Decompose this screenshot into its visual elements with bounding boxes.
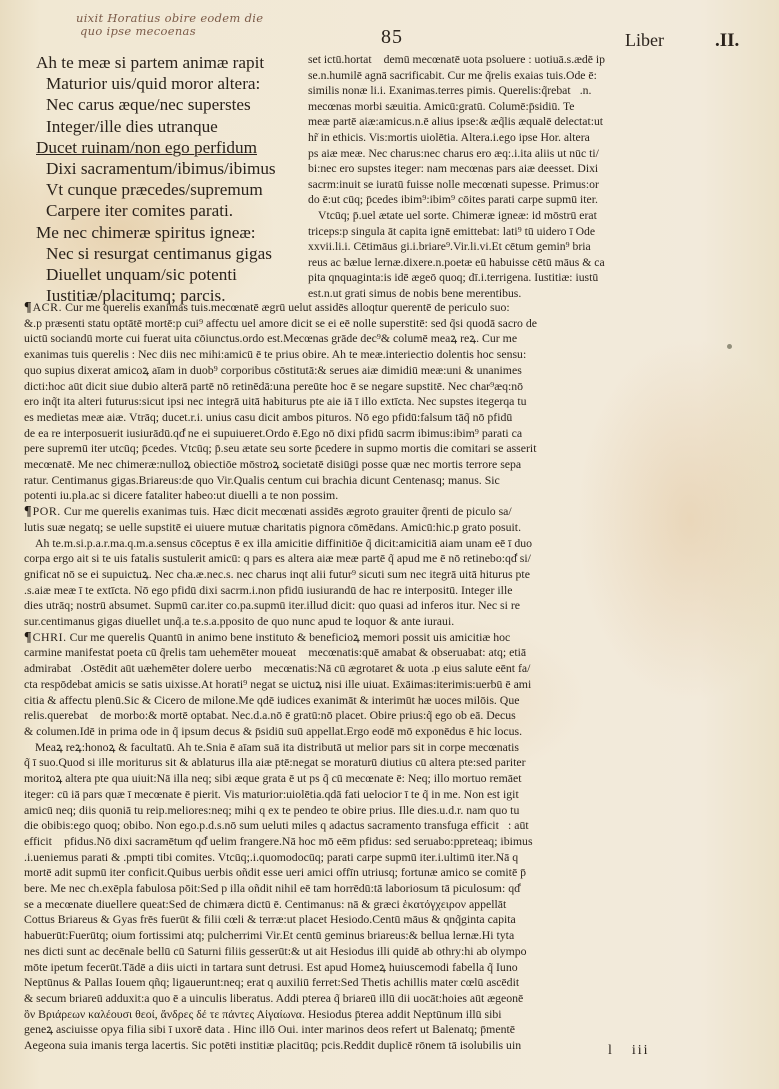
poem-line: Vt cunque præcedes/supremum	[36, 179, 311, 200]
poem-line: Integer/ille dies utranque	[36, 116, 311, 137]
commentary-line: efficit᷑ pfidus.Nō dixi sacramētum qd̾ u…	[24, 834, 684, 850]
commentary-line: habuerūt:Fuerūtq; oium fortissimi atq; p…	[24, 928, 684, 944]
commentary-line: Meaꝝ reꝝ:honoꝝ & facultatū. Ah te.Snia ē…	[24, 740, 684, 756]
commentary-line: admirabat᷑.Ostēdit aūt uæhemēter dolere …	[24, 661, 684, 677]
commentary-line: uictū sociandū morte cui fuerat uita cōi…	[24, 331, 684, 347]
commentary-line: ὃν Βριάρεων καλέουσι θεοί, ἄνδρες δέ τε …	[24, 1007, 684, 1023]
commentary-line: quo supius dixerat amicoꝝ aīam in duob⁹ …	[24, 363, 684, 379]
commentary-line: mecœnatē. Me nec chimeræ:nulloꝝ obiectiō…	[24, 457, 684, 473]
commentary-line: mōte ipetum fecerūt.Tādē a diis uicti in…	[24, 960, 684, 976]
commentary-line: lutis suæ negatq; se uelle supstitē ei u…	[24, 520, 684, 536]
paragraph-mark-icon: ¶	[24, 630, 32, 646]
book-number: .II.	[715, 30, 739, 52]
commentary-line: Vtcūq; p̄.uel ætate uel sorte. Chimeræ i…	[308, 208, 680, 224]
poem-line: Diuellet unquam/sic potenti	[36, 264, 311, 285]
commentary-line: ero inq̃t ita alteri futurus:sicut ipsi …	[24, 394, 684, 410]
commentary-line: ¶CHRI. Cur me querelis Quantū in animo b…	[24, 630, 684, 646]
commentary-line: &.p præsenti statu optātē mortē:p cui⁹ a…	[24, 316, 684, 332]
commentary-line: potenti iu.pla.ac si dicere fataliter ha…	[24, 488, 684, 504]
commentary-line: Ah te.m.si.p.a.r.ma.q.m.a.sensus cōceptu…	[24, 536, 684, 552]
commentary-line: Neptūnus & Pallas Iouem qñq; ligauerunt:…	[24, 975, 684, 991]
commentary-line: mecœnas morbi sæuitia. Amicū:gratū. Colu…	[308, 99, 680, 115]
commentary-line: & secum briareū adduxit:a quo ē a uincul…	[24, 991, 684, 1007]
commentary-line: bi:nec ero supstes iteger: nam mecœnas p…	[308, 161, 680, 177]
running-head: Liber	[625, 30, 664, 51]
commentary-line: meæ partē aiæ:amicus.n.ē alius ipse:& æq…	[308, 114, 680, 130]
commentary-line: ratur. Centimanus gigas.Briareus:de quo …	[24, 473, 684, 489]
commentator-label: CHRI.	[33, 630, 67, 644]
ink-spot	[727, 344, 732, 349]
commentary-line: corpa ergo ait si te uis fatalis sustule…	[24, 551, 684, 567]
commentary-line: iteger: cū iā pars quæ ī mecœnate ē pier…	[24, 787, 684, 803]
commentary-line: .s.aiæ meæ ī te extīcta. Nō ego pfidū di…	[24, 583, 684, 599]
commentary-line: mortē adit supmū iter conficit.Quibus ue…	[24, 865, 684, 881]
commentary-line: se.n.humilē agnā sacrificabit. Cur me q̃…	[308, 68, 680, 84]
commentary-line: citia & affectu plenū.Sic & Cicero de mi…	[24, 693, 684, 709]
commentary-line: reus ac bælue lernæ.dixere.n.poetæ eū ha…	[308, 255, 680, 271]
commentary-line: Cottus Briareus & Gyas frēs fuerūt & fil…	[24, 912, 684, 928]
commentary-line: q̃ ī suo.Quod si ille moriturus sit & ab…	[24, 755, 684, 771]
signature-letter: l	[608, 1043, 614, 1058]
commentary-text: Cur me querelis Quantū in animo bene ins…	[70, 630, 511, 644]
poem-line: Ah te meæ si partem animæ rapit	[36, 52, 311, 73]
commentary-line: ps aiæ meæ. Nec charus:nec charus ero æq…	[308, 146, 680, 162]
commentary-line: moritoꝝ altera pte qua uiuit:Nā illa neq…	[24, 771, 684, 787]
commentary-line: do ē:ut cūq; p̄cedes ibim⁹:ibim⁹ cōites …	[308, 192, 680, 208]
commentary-text: Cur me querelis exanimas tuis.mecœnatē æ…	[65, 300, 510, 314]
commentary-line: pita qnquaginta:is idē ægeō quoq; dī.i.t…	[308, 270, 680, 286]
commentator-label: POR.	[33, 504, 61, 518]
poem-line: Maturior uis/quid moror altera:	[36, 73, 311, 94]
commentary-text: Cur me querelis exanimas tuis. Hæc dicit…	[64, 504, 512, 518]
commentary-line: se a mecœnate diuellere queat:Sed de chi…	[24, 897, 684, 913]
poem-line: Nec carus æque/nec superstes	[36, 94, 311, 115]
paragraph-mark-icon: ¶	[24, 300, 32, 316]
commentary-line: cta respōdebat amicis se satis uixisse.A…	[24, 677, 684, 693]
book-page: uixit Horatius obire eodem die quo ipse …	[0, 0, 779, 1089]
commentary-line: & columen.Idē in prima ode in q̃ ipsum d…	[24, 724, 684, 740]
commentary-line: sacrm:inuit se iuratū fuisse nolle mecœn…	[308, 177, 680, 193]
paragraph-mark-icon: ¶	[24, 504, 32, 520]
commentary-line: pere supremū iter utcūq; p̄cedes. Vtcūq;…	[24, 441, 684, 457]
commentary-line: die obibis:ego quoq; obibo. Non ego.p.d.…	[24, 818, 684, 834]
poem-line: Ducet ruinam/non ego perfidum	[36, 137, 311, 158]
commentary-line: similis nonæ li.i. Exanimas.terres pimis…	[308, 83, 680, 99]
commentary-line: exanimas tuis querelis : Nec diis nec mi…	[24, 347, 684, 363]
commentary-line: de ea re interposuerit iusiurādū.qd̾ ne …	[24, 426, 684, 442]
commentary-line: bere. Me nec ch.exēpla fabulosa pōit:Sed…	[24, 881, 684, 897]
commentary-line: es medietas meæ aiæ. Vtrāq; ducet.r.i. u…	[24, 410, 684, 426]
main-commentary: ¶ACR. Cur me querelis exanimas tuis.mecœ…	[24, 300, 684, 1054]
commentary-line: hr̃ in ethicis. Vis:mortis uiolētia. Alt…	[308, 130, 680, 146]
commentary-line: gnificat nō se ei supuictuꝝ. Nec cha.æ.n…	[24, 567, 684, 583]
poem-line: Me nec chimeræ spiritus igneæ:	[36, 222, 311, 243]
handwritten-note-line: quo ipse mecoenas	[76, 25, 306, 38]
commentary-line: carmine manifestat poeta cū q̃relis tam …	[24, 645, 684, 661]
commentary-line: xxvii.li.i. Cētimāus gi.i.briare⁹.Vir.li…	[308, 239, 680, 255]
handwritten-marginal-note: uixit Horatius obire eodem die quo ipse …	[76, 12, 306, 38]
commentary-line: relis.querebat᷑ de morbo:& mortē optabat…	[24, 708, 684, 724]
signature-mark: liii	[608, 1043, 668, 1059]
poem-line: Carpere iter comites parati.	[36, 200, 311, 221]
signature-numeral: iii	[632, 1043, 650, 1058]
commentary-line: amicū neq; diis quoniā tu reip.meliores:…	[24, 803, 684, 819]
commentary-line: ¶POR. Cur me querelis exanimas tuis. Hæc…	[24, 504, 684, 520]
poem-line: Nec si resurgat centimanus gigas	[36, 243, 311, 264]
page-number: 85	[381, 26, 403, 49]
ode-text: Ah te meæ si partem animæ rapit Maturior…	[36, 52, 311, 306]
commentary-line: sur.centimanus gigas diuellet unq̃.a te.…	[24, 614, 684, 630]
commentary-line: .i.ueniemus parati & .pmpti tibi comites…	[24, 850, 684, 866]
poem-line: Dixi sacramentum/ibimus/ibimus	[36, 158, 311, 179]
commentary-line: geneꝝ asciuisse opya filia sibi ī uxorē …	[24, 1022, 684, 1038]
commentary-line: set ictū.hortat᷑ demū mecœnatē uota psol…	[308, 52, 680, 68]
commentary-line: dicti:hoc aūt dicit siue dubio alterā pa…	[24, 379, 684, 395]
commentary-line: dies utrāq; nostrū absumet. Supmū car.it…	[24, 598, 684, 614]
commentary-line: Aegeona suia imanis terga lacertis. Sic …	[24, 1038, 684, 1054]
commentator-label: ACR.	[33, 300, 63, 314]
commentary-line: triceps:p singula āt capita ignē emitteb…	[308, 224, 680, 240]
commentary-line: ¶ACR. Cur me querelis exanimas tuis.mecœ…	[24, 300, 684, 316]
commentary-line: nes dicti sunt ac decēnale bellū cū Satu…	[24, 944, 684, 960]
side-commentary: set ictū.hortat᷑ demū mecœnatē uota psol…	[308, 52, 680, 302]
